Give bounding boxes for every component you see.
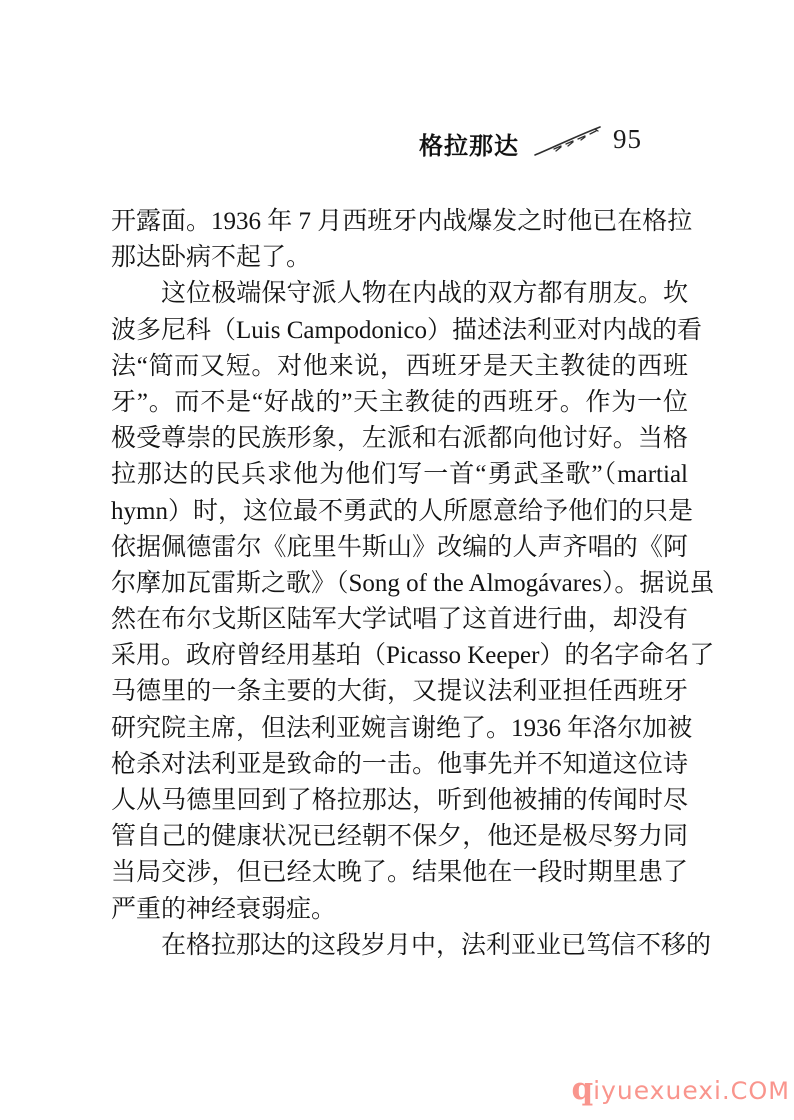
text-line: 法“简而又短。对他来说，西班牙是天主教徒的西班 bbox=[111, 349, 688, 385]
text-line: 研究院主席，但法利亚婉言谢绝了。1936 年洛尔加被 bbox=[111, 711, 688, 747]
text-line: 枪杀对法利亚是致命的一击。他事先并不知道这位诗 bbox=[111, 747, 688, 783]
body-text: 开露面。1936 年 7 月西班牙内战爆发之时他已在格拉那达卧病不起了。这位极端… bbox=[111, 204, 688, 964]
text-line: 极受尊崇的民族形象，左派和右派都向他讨好。当格 bbox=[111, 421, 688, 457]
text-line: 当局交涉，但已经太晚了。结果他在一段时期里患了 bbox=[111, 855, 688, 891]
text-line: 牙”。而不是“好战的”天主教徒的西班牙。作为一位 bbox=[111, 385, 688, 421]
text-line: 开露面。1936 年 7 月西班牙内战爆发之时他已在格拉 bbox=[111, 204, 688, 240]
text-line: hymn）时，这位最不勇武的人所愿意给予他们的只是 bbox=[111, 494, 688, 530]
text-line: 马德里的一条主要的大街，又提议法利亚担任西班牙 bbox=[111, 674, 688, 710]
text-line: 在格拉那达的这段岁月中，法利亚业已笃信不移的 bbox=[111, 928, 688, 964]
text-line: 尔摩加瓦雷斯之歌》（Song of the Almogávares）。据说虽 bbox=[111, 566, 688, 602]
page-number: 95 bbox=[613, 124, 642, 155]
text-line: 管自己的健康状况已经朝不保夕，他还是极尽努力同 bbox=[111, 819, 688, 855]
scanned-book-page: 格拉那达 95 开露面。1936 年 7 月西班牙内战爆发之时他已在格拉那达卧病… bbox=[0, 0, 794, 1120]
watermark-name: iyuexuexi bbox=[593, 1076, 722, 1105]
watermark: qiyuexuexi.COM bbox=[571, 1072, 790, 1111]
text-line: 这位极端保守派人物在内战的双方都有朋友。坎 bbox=[111, 276, 688, 312]
watermark-tld: .COM bbox=[722, 1077, 790, 1105]
watermark-lead: q bbox=[571, 1071, 593, 1107]
running-title: 格拉那达 bbox=[419, 126, 519, 161]
text-line: 然在布尔戈斯区陆军大学试唱了这首进行曲，却没有 bbox=[111, 602, 688, 638]
text-line: 拉那达的民兵求他为他们写一首“勇武圣歌”（martial bbox=[111, 457, 688, 493]
text-line: 严重的神经衰弱症。 bbox=[111, 892, 688, 928]
text-line: 依据佩德雷尔《庇里牛斯山》改编的人声齐唱的《阿 bbox=[111, 530, 688, 566]
text-line: 人从马德里回到了格拉那达，听到他被捕的传闻时尽 bbox=[111, 783, 688, 819]
pen-scribble-mark bbox=[532, 122, 604, 162]
running-header: 格拉那达 95 bbox=[0, 122, 794, 162]
text-line: 采用。政府曾经用基珀（Picasso Keeper）的名字命名了 bbox=[111, 638, 688, 674]
text-line: 那达卧病不起了。 bbox=[111, 240, 688, 276]
text-line: 波多尼科（Luis Campodonico）描述法利亚对内战的看 bbox=[111, 313, 688, 349]
